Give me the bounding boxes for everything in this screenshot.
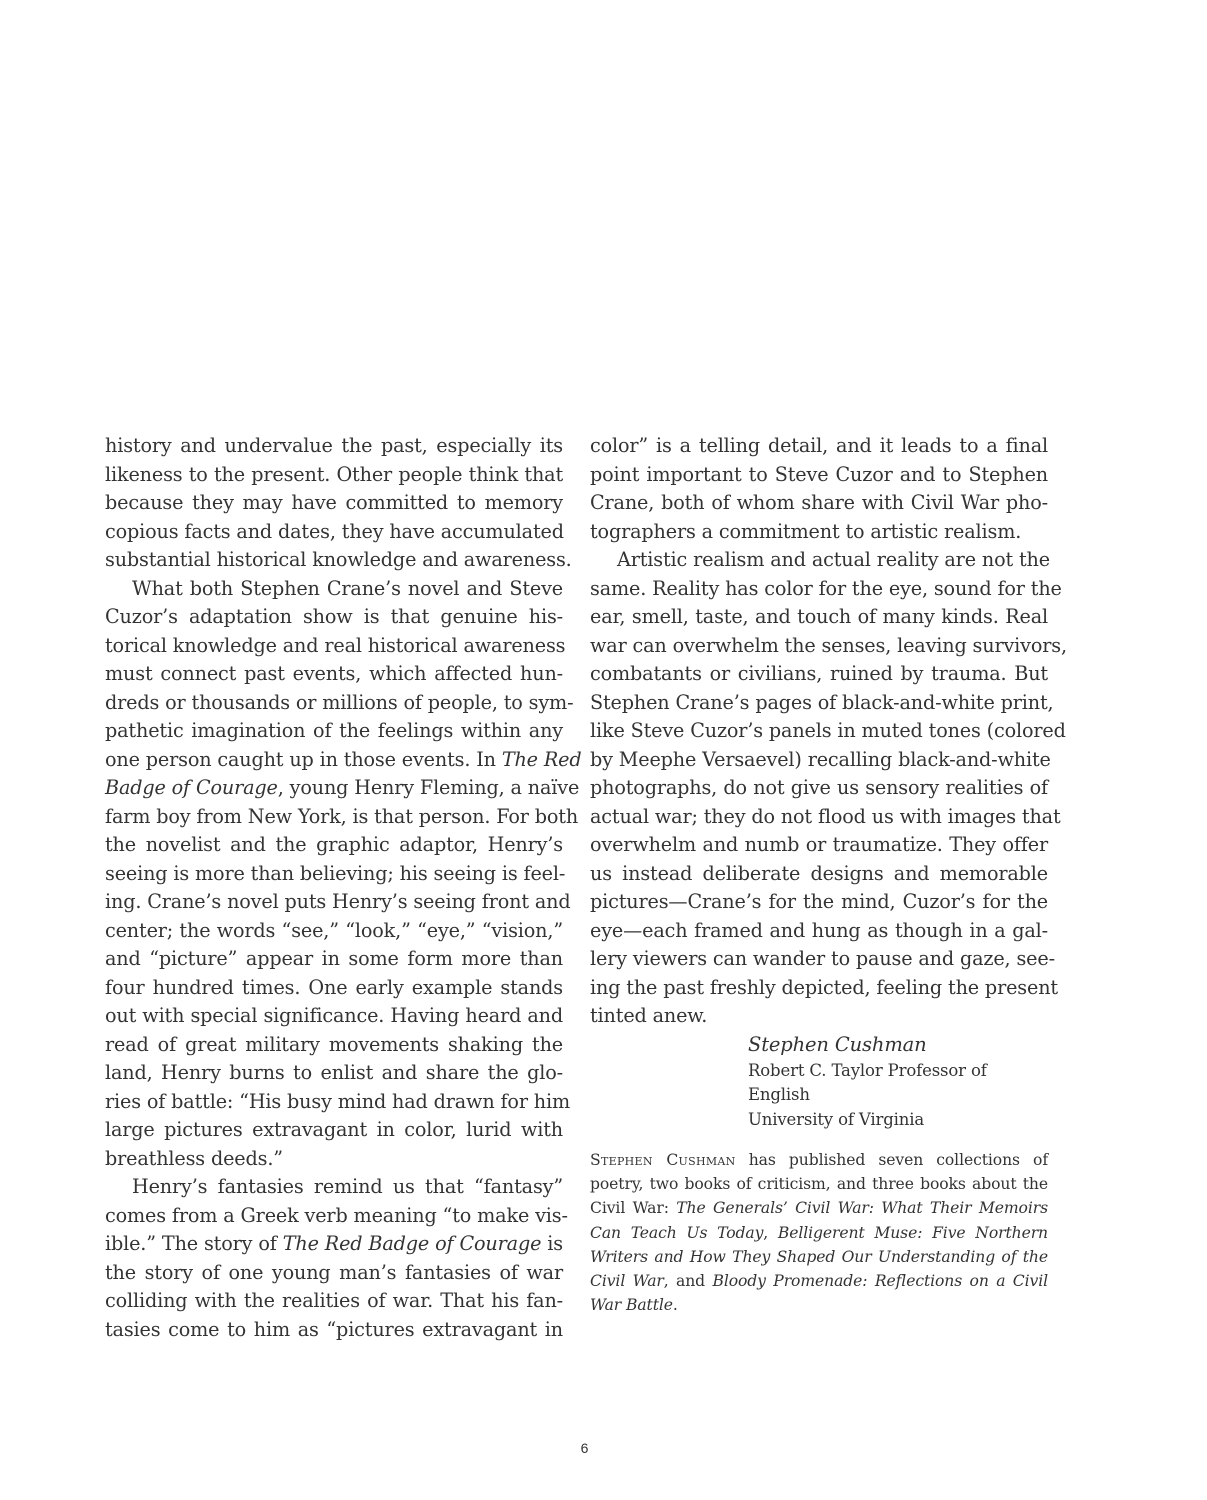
book-title: Can Teach Us Today	[590, 1224, 763, 1242]
text-line: comes from a Greek verb meaning “to make…	[105, 1202, 563, 1231]
text-line: Stephen Cushman has published seven coll…	[590, 1148, 1048, 1172]
text-line: colliding with the realities of war. Tha…	[105, 1287, 563, 1316]
text-fragment: one person caught up in those events. In	[105, 748, 502, 771]
text-line: Cuzor’s adaptation show is that genuine …	[105, 603, 563, 632]
text-fragment: , young Henry Fleming, a naïve	[278, 776, 579, 799]
text-line: the novelist and the graphic adaptor, He…	[105, 831, 563, 860]
text-line: ing the past freshly depicted, feeling t…	[590, 974, 1048, 1003]
text-line: four hundred times. One early example st…	[105, 974, 563, 1003]
signature-block: Stephen Cushman Robert C. Taylor Profess…	[748, 1031, 1048, 1133]
text-line: tographers a commitment to artistic real…	[590, 518, 1048, 547]
author-bio: Stephen Cushman has published seven coll…	[590, 1148, 1048, 1317]
text-line: actual war; they do not flood us with im…	[590, 803, 1048, 832]
text-fragment: ible.” The story of	[105, 1232, 283, 1255]
paragraph: What both Stephen Crane’s novel and Stev…	[105, 575, 563, 1174]
book-title: Bloody Promenade: Reflections on a Civil	[712, 1272, 1048, 1290]
text-line: ries of battle: “His busy mind had drawn…	[105, 1088, 563, 1117]
text-fragment: has published seven collections of	[736, 1151, 1048, 1169]
text-line: photographs, do not give us sensory real…	[590, 774, 1048, 803]
text-fragment: , and	[664, 1272, 713, 1290]
text-line: eye—each framed and hung as though in a …	[590, 917, 1048, 946]
text-line: seeing is more than believing; his seein…	[105, 860, 563, 889]
text-line: Stephen Crane’s pages of black-and-white…	[590, 689, 1048, 718]
text-line: Civil War: The Generals’ Civil War: What…	[590, 1196, 1048, 1220]
book-title: Belligerent Muse: Five Northern	[778, 1224, 1048, 1242]
book-title: The Red	[502, 748, 582, 771]
text-line: color” is a telling detail, and it leads…	[590, 432, 1048, 461]
text-line: point important to Steve Cuzor and to St…	[590, 461, 1048, 490]
text-line: farm boy from New York, is that person. …	[105, 803, 563, 832]
text-line: lery viewers can wander to pause and gaz…	[590, 945, 1048, 974]
text-line: War Battle.	[590, 1293, 1048, 1317]
book-title: Writers and How They Shaped Our Understa…	[590, 1248, 1048, 1266]
paragraph: Henry’s fantasies remind us that “fantas…	[105, 1173, 563, 1344]
text-line: Badge of Courage, young Henry Fleming, a…	[105, 774, 563, 803]
text-line: like Steve Cuzor’s panels in muted tones…	[590, 717, 1048, 746]
text-line: tinted anew.	[590, 1002, 1048, 1031]
text-line: pathetic imagination of the feelings wit…	[105, 717, 563, 746]
paragraph: Artistic realism and actual reality are …	[590, 546, 1048, 1031]
text-line: Henry’s fantasies remind us that “fantas…	[105, 1173, 563, 1202]
paragraph: color” is a telling detail, and it leads…	[590, 432, 1048, 546]
text-line: read of great military movements shaking…	[105, 1031, 563, 1060]
author-title: Robert C. Taylor Professor of English	[748, 1059, 1048, 1108]
book-title: War Battle	[590, 1296, 673, 1314]
text-line: history and undervalue the past, especia…	[105, 432, 563, 461]
paragraph: history and undervalue the past, especia…	[105, 432, 563, 575]
text-line: ible.” The story of The Red Badge of Cou…	[105, 1230, 563, 1259]
text-line: by Meephe Versaevel) recalling black-and…	[590, 746, 1048, 775]
text-line: combatants or civilians, ruined by traum…	[590, 660, 1048, 689]
page-number: 6	[0, 1440, 1169, 1456]
text-line: poetry, two books of criticism, and thre…	[590, 1172, 1048, 1196]
text-line: What both Stephen Crane’s novel and Stev…	[105, 575, 563, 604]
text-line: torical knowledge and real historical aw…	[105, 632, 563, 661]
text-line: one person caught up in those events. In…	[105, 746, 563, 775]
text-line: same. Reality has color for the eye, sou…	[590, 575, 1048, 604]
author-name: Stephen Cushman	[748, 1031, 1048, 1059]
text-line: Writers and How They Shaped Our Understa…	[590, 1245, 1048, 1269]
text-line: because they may have committed to memor…	[105, 489, 563, 518]
text-line: Crane, both of whom share with Civil War…	[590, 489, 1048, 518]
text-fragment: ,	[763, 1224, 778, 1242]
text-fragment: Civil War:	[590, 1199, 676, 1217]
text-line: center; the words “see,” “look,” “eye,” …	[105, 917, 563, 946]
text-line: tasies come to him as “pictures extravag…	[105, 1316, 563, 1345]
text-line: and “picture” appear in some form more t…	[105, 945, 563, 974]
text-fragment: .	[673, 1296, 678, 1314]
text-line: us instead deliberate designs and memora…	[590, 860, 1048, 889]
text-line: ear, smell, taste, and touch of many kin…	[590, 603, 1048, 632]
text-line: copious facts and dates, they have accum…	[105, 518, 563, 547]
text-line: must connect past events, which affected…	[105, 660, 563, 689]
book-title: The Red Badge of Courage	[283, 1232, 542, 1255]
text-line: Can Teach Us Today, Belligerent Muse: Fi…	[590, 1221, 1048, 1245]
text-line: breathless deeds.”	[105, 1145, 563, 1174]
text-line: Civil War, and Bloody Promenade: Reflect…	[590, 1269, 1048, 1293]
text-line: Artistic realism and actual reality are …	[590, 546, 1048, 575]
text-line: likeness to the present. Other people th…	[105, 461, 563, 490]
document-page: history and undervalue the past, especia…	[0, 0, 1207, 1500]
text-line: overwhelm and numb or traumatize. They o…	[590, 831, 1048, 860]
text-fragment: is	[541, 1232, 563, 1255]
book-title: Civil War	[590, 1272, 664, 1290]
right-column: color” is a telling detail, and it leads…	[590, 432, 1048, 1132]
left-column: history and undervalue the past, especia…	[105, 432, 563, 1344]
book-title: Badge of Courage	[105, 776, 278, 799]
text-line: war can overwhelm the senses, leaving su…	[590, 632, 1048, 661]
bio-name: Stephen Cushman	[590, 1151, 736, 1169]
text-line: substantial historical knowledge and awa…	[105, 546, 563, 575]
text-line: large pictures extravagant in color, lur…	[105, 1116, 563, 1145]
text-line: out with special significance. Having he…	[105, 1002, 563, 1031]
text-line: ing. Crane’s novel puts Henry’s seeing f…	[105, 888, 563, 917]
author-affiliation: University of Virginia	[748, 1108, 1048, 1133]
text-line: the story of one young man’s fantasies o…	[105, 1259, 563, 1288]
text-line: pictures—Crane’s for the mind, Cuzor’s f…	[590, 888, 1048, 917]
book-title: The Generals’ Civil War: What Their Memo…	[676, 1199, 1048, 1217]
text-line: land, Henry burns to enlist and share th…	[105, 1059, 563, 1088]
text-line: dreds or thousands or millions of people…	[105, 689, 563, 718]
